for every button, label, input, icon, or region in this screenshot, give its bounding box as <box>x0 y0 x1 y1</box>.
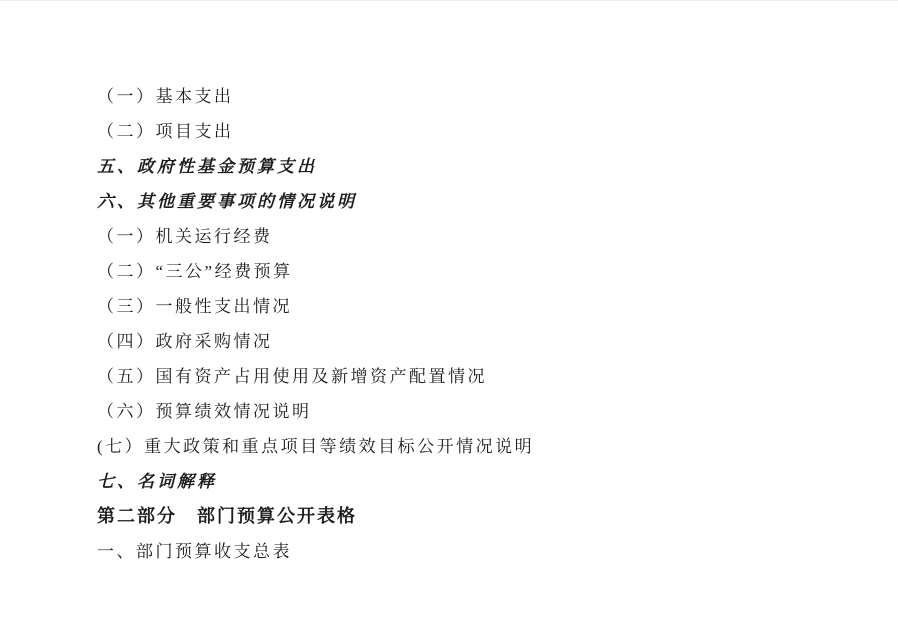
toc-item: （三）一般性支出情况 <box>97 287 858 322</box>
section-heading: 七、名词解释 <box>97 462 858 497</box>
toc-item: （二）“三公”经费预算 <box>97 252 858 287</box>
section-heading: 五、政府性基金预算支出 <box>97 147 858 182</box>
toc-item: (七）重大政策和重点项目等绩效目标公开情况说明 <box>97 427 858 462</box>
part-heading: 第二部分 部门预算公开表格 <box>97 497 858 532</box>
toc-item: （一）基本支出 <box>97 77 858 112</box>
section-heading: 六、其他重要事项的情况说明 <box>97 182 858 217</box>
toc-item: （二）项目支出 <box>97 112 858 147</box>
document-page: （一）基本支出（二）项目支出五、政府性基金预算支出六、其他重要事项的情况说明（一… <box>0 0 898 635</box>
toc-item: （五）国有资产占用使用及新增资产配置情况 <box>97 357 858 392</box>
table-of-contents: （一）基本支出（二）项目支出五、政府性基金预算支出六、其他重要事项的情况说明（一… <box>97 77 858 567</box>
toc-item: （四）政府采购情况 <box>97 322 858 357</box>
toc-item: 一、部门预算收支总表 <box>97 532 858 567</box>
toc-item: （六）预算绩效情况说明 <box>97 392 858 427</box>
toc-item: （一）机关运行经费 <box>97 217 858 252</box>
